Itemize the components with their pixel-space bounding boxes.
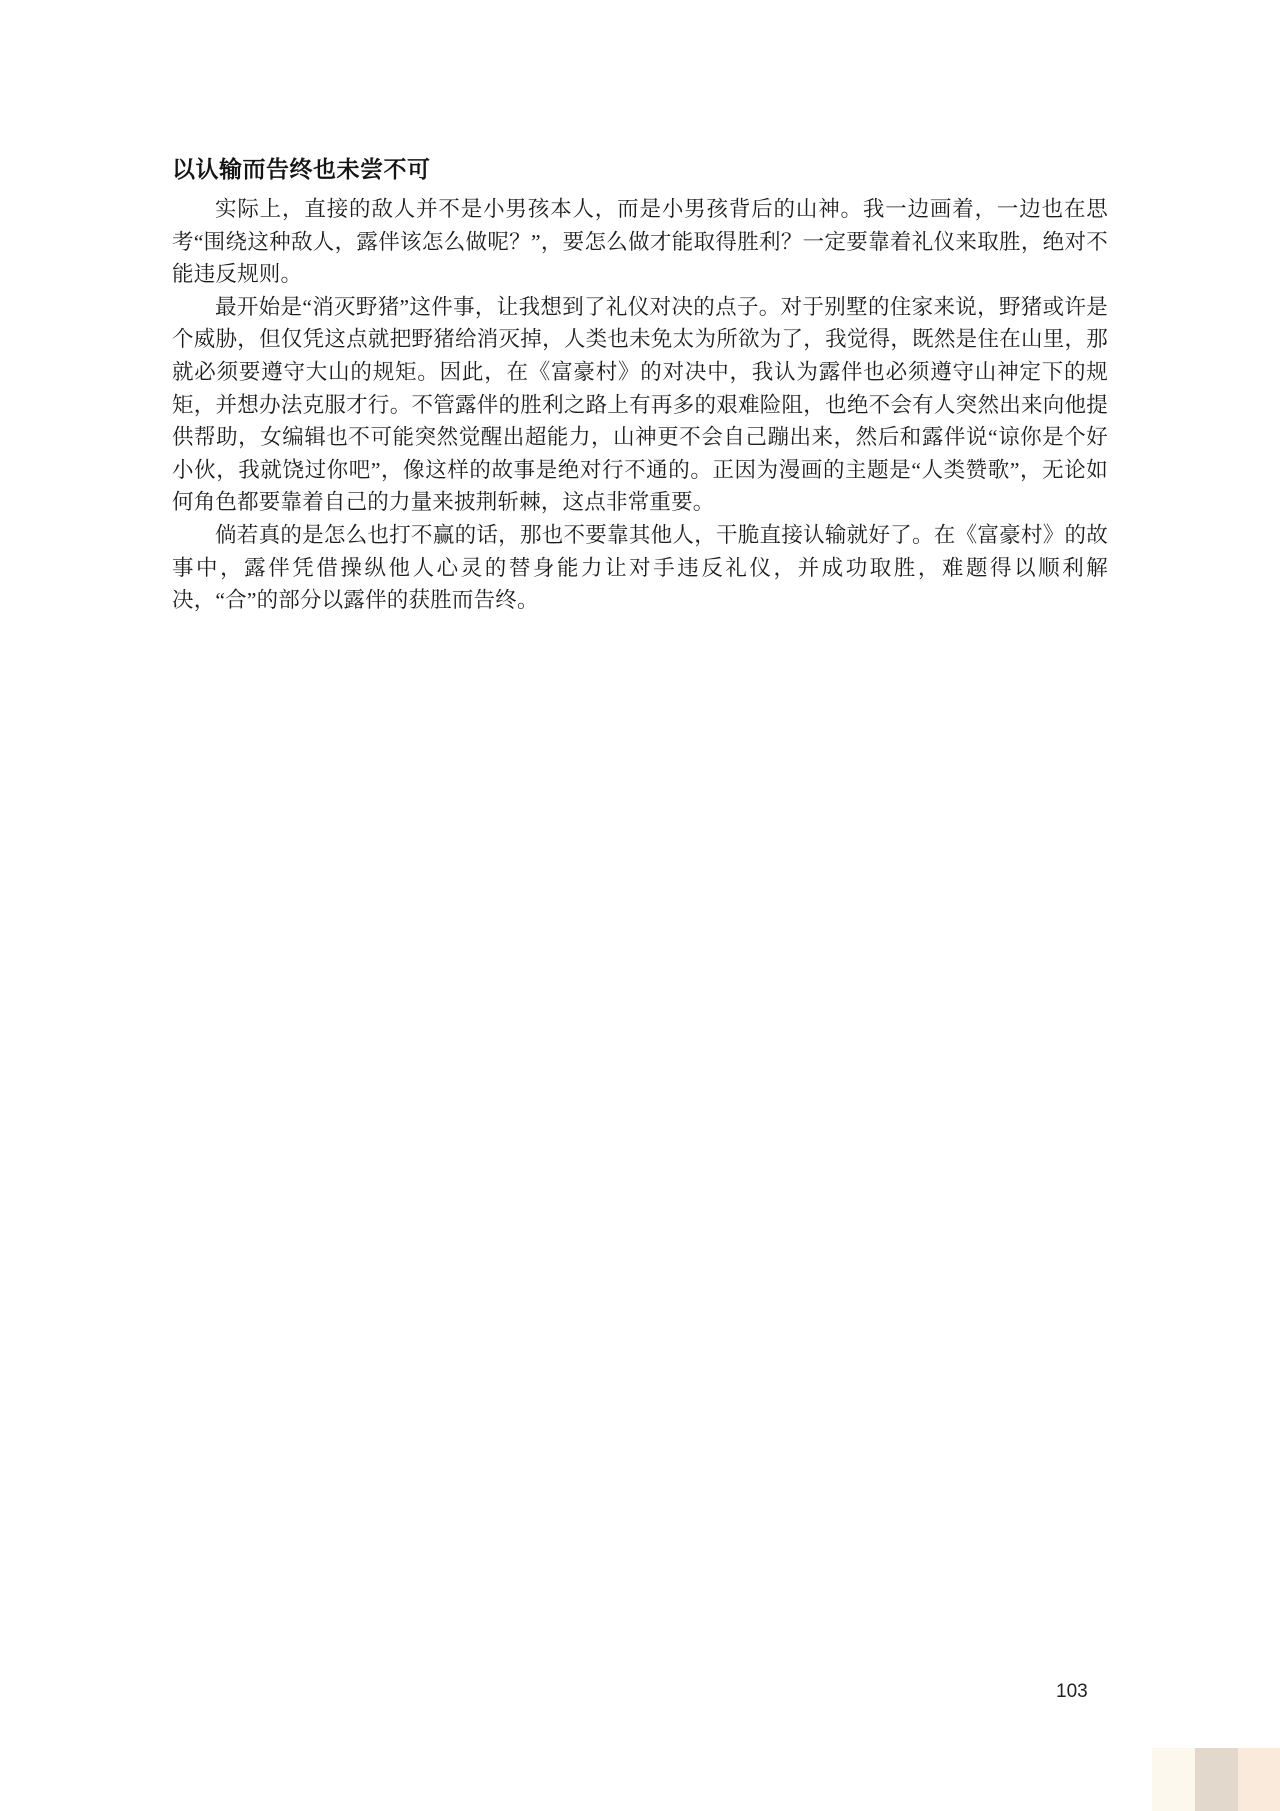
body-text: 实际上，直接的敌人并不是小男孩本人，而是小男孩背后的山神。我一边画着，一边也在思… xyxy=(172,193,1108,617)
section-heading: 以认输而告终也未尝不可 xyxy=(172,153,1108,186)
corner-stripe-cream xyxy=(1152,1748,1195,1811)
book-page: 以认输而告终也未尝不可 实际上，直接的敌人并不是小男孩本人，而是小男孩背后的山神… xyxy=(0,0,1280,1811)
corner-stripe-peach xyxy=(1238,1748,1280,1811)
corner-color-stripes xyxy=(1152,1748,1280,1811)
text-column: 以认输而告终也未尝不可 实际上，直接的敌人并不是小男孩本人，而是小男孩背后的山神… xyxy=(172,153,1108,617)
paragraph-3: 倘若真的是怎么也打不赢的话，那也不要靠其他人，干脆直接认输就好了。在《富豪村》的… xyxy=(172,519,1108,617)
page-number: 103 xyxy=(1056,1681,1088,1703)
paragraph-1: 实际上，直接的敌人并不是小男孩本人，而是小男孩背后的山神。我一边画着，一边也在思… xyxy=(172,193,1108,291)
paragraph-2: 最开始是“消灭野猪”这件事，让我想到了礼仪对决的点子。对于别墅的住家来说，野猪或… xyxy=(172,291,1108,519)
corner-stripe-beige xyxy=(1195,1748,1238,1811)
